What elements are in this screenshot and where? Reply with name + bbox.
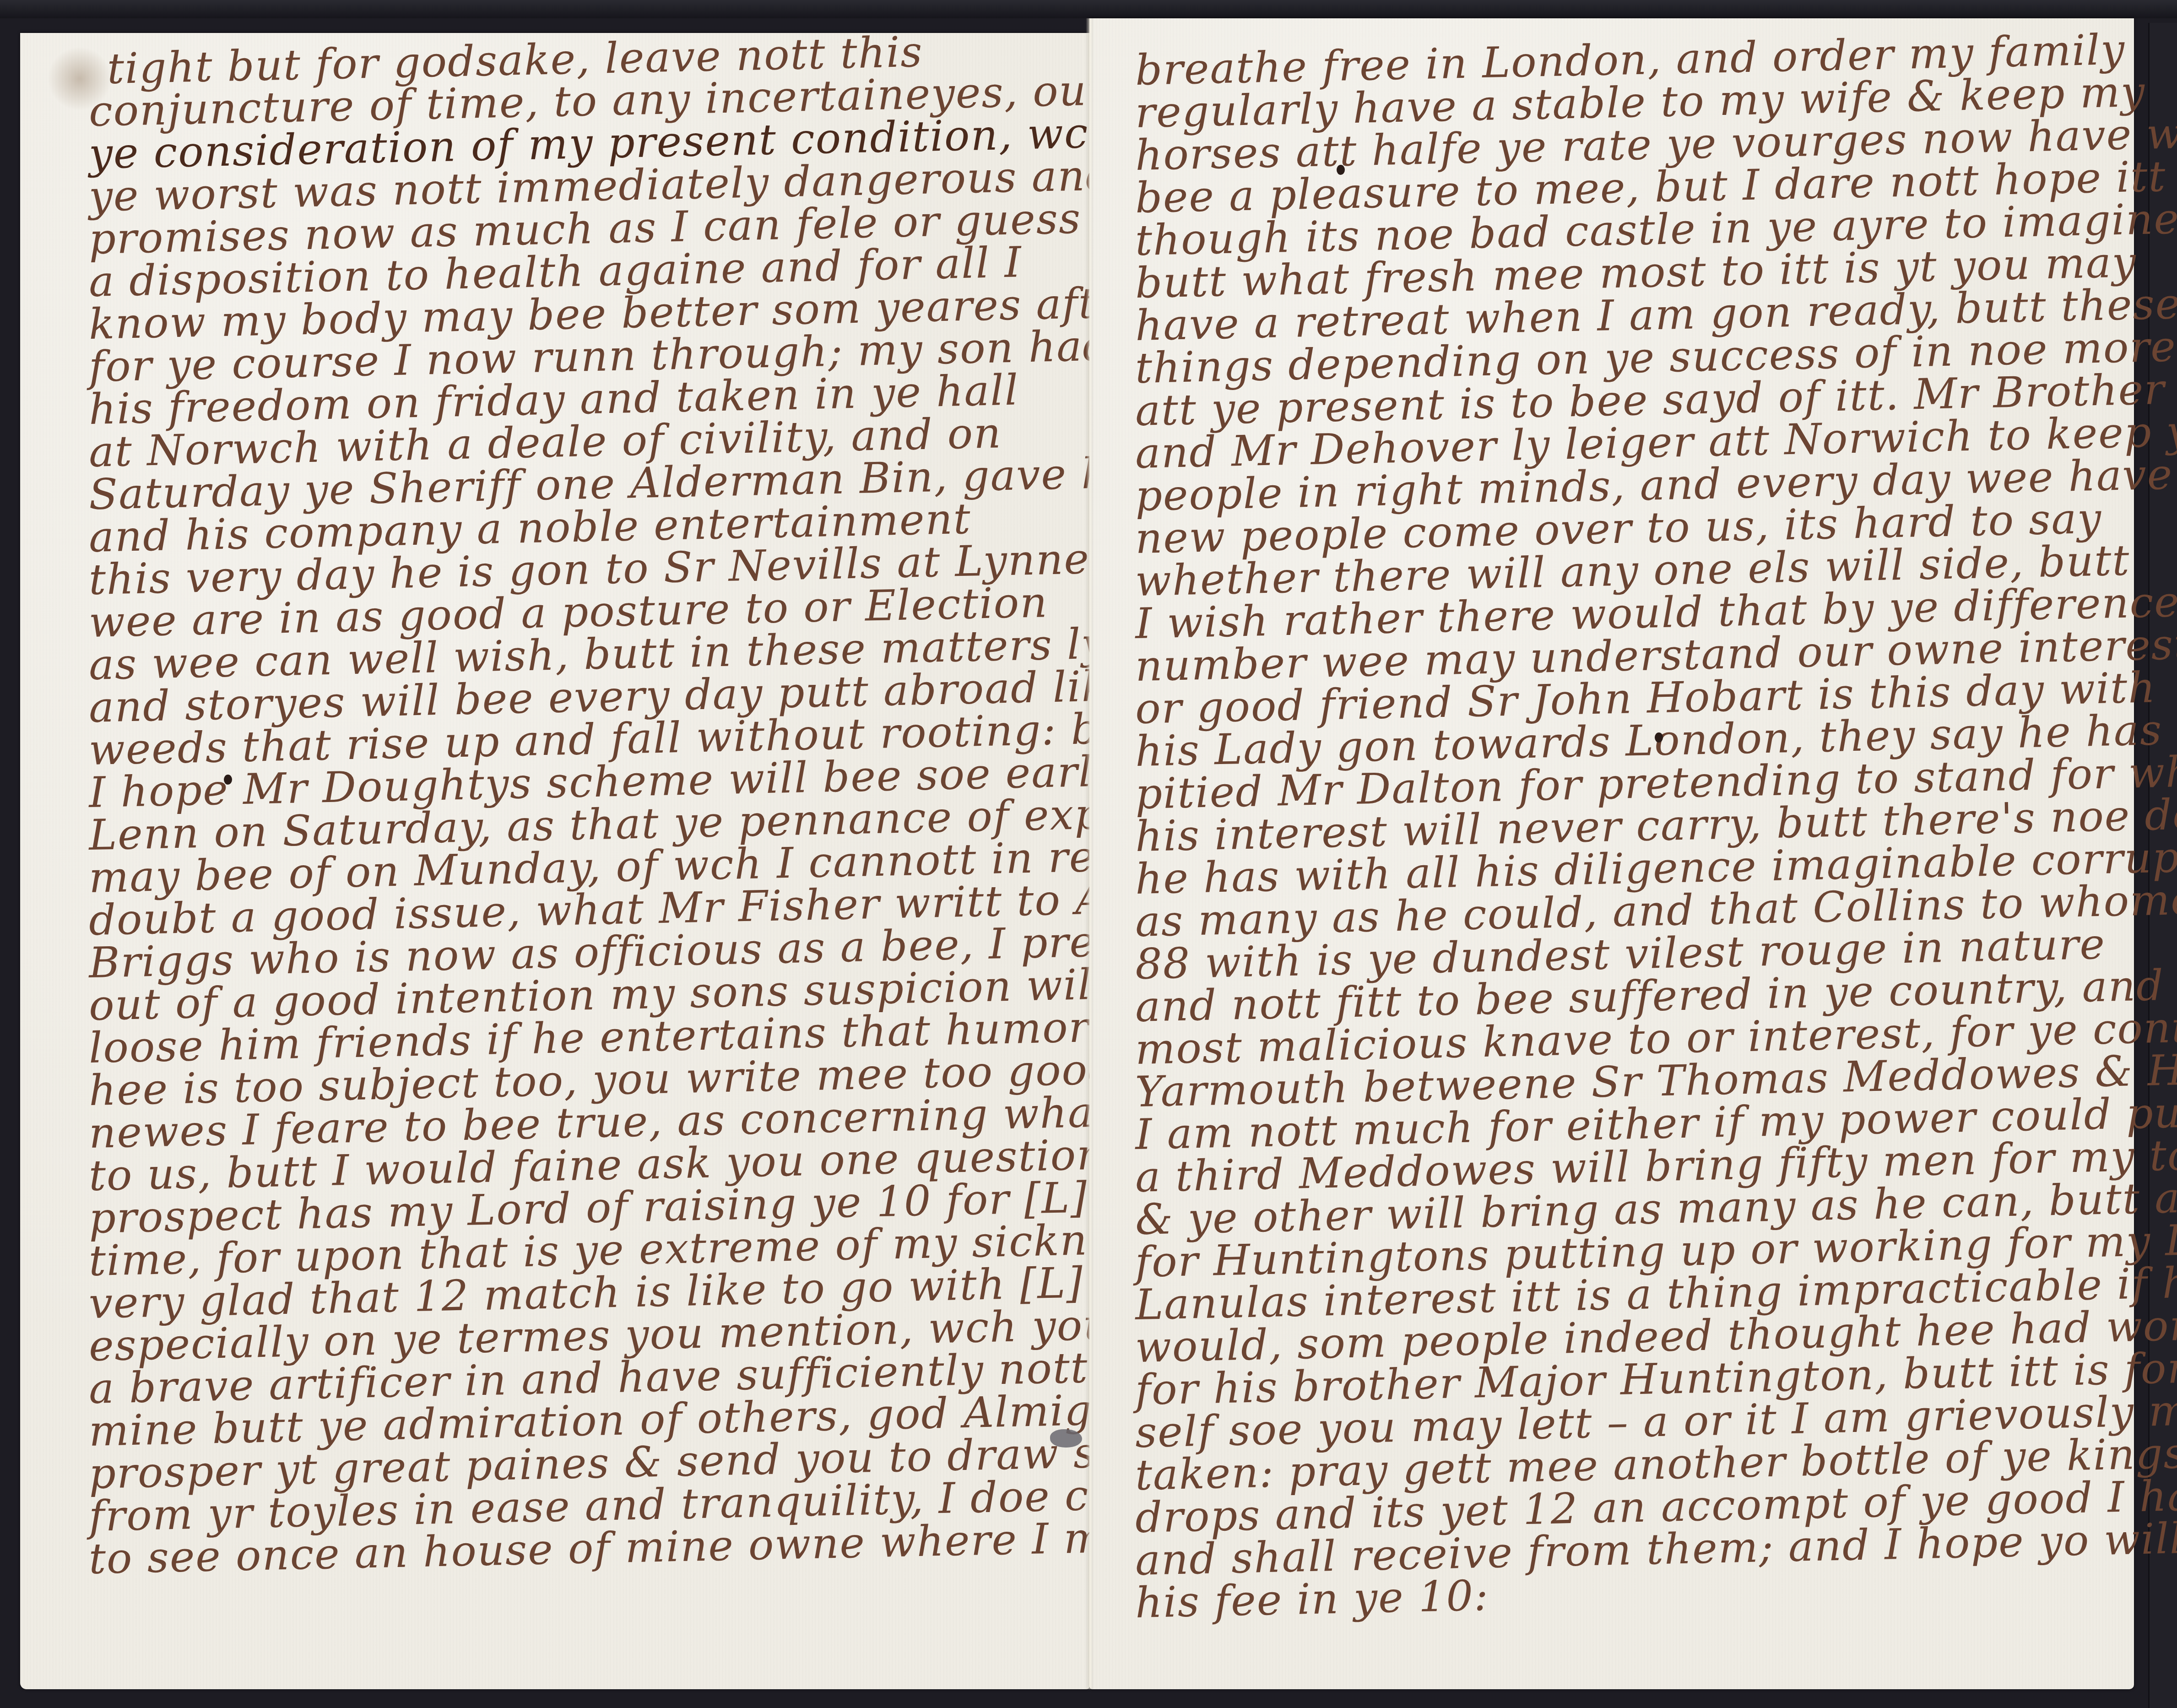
center-fold xyxy=(1086,18,1093,1689)
text-line: his fee in ye 10: xyxy=(1135,1571,1489,1627)
ink-dot xyxy=(1655,732,1663,743)
ink-dot xyxy=(224,775,232,785)
right-page: breathe free in London, and order my fam… xyxy=(1089,18,2134,1689)
right-page-text: breathe free in London, and order my fam… xyxy=(1089,18,2134,1689)
ink-dot xyxy=(1337,165,1345,175)
mount-top-edge xyxy=(0,0,2177,18)
ink-blot xyxy=(1050,1429,1082,1448)
left-page-text: tight but for godsake, leave nott this c… xyxy=(20,33,1089,1689)
left-page: tight but for godsake, leave nott this c… xyxy=(20,33,1089,1689)
